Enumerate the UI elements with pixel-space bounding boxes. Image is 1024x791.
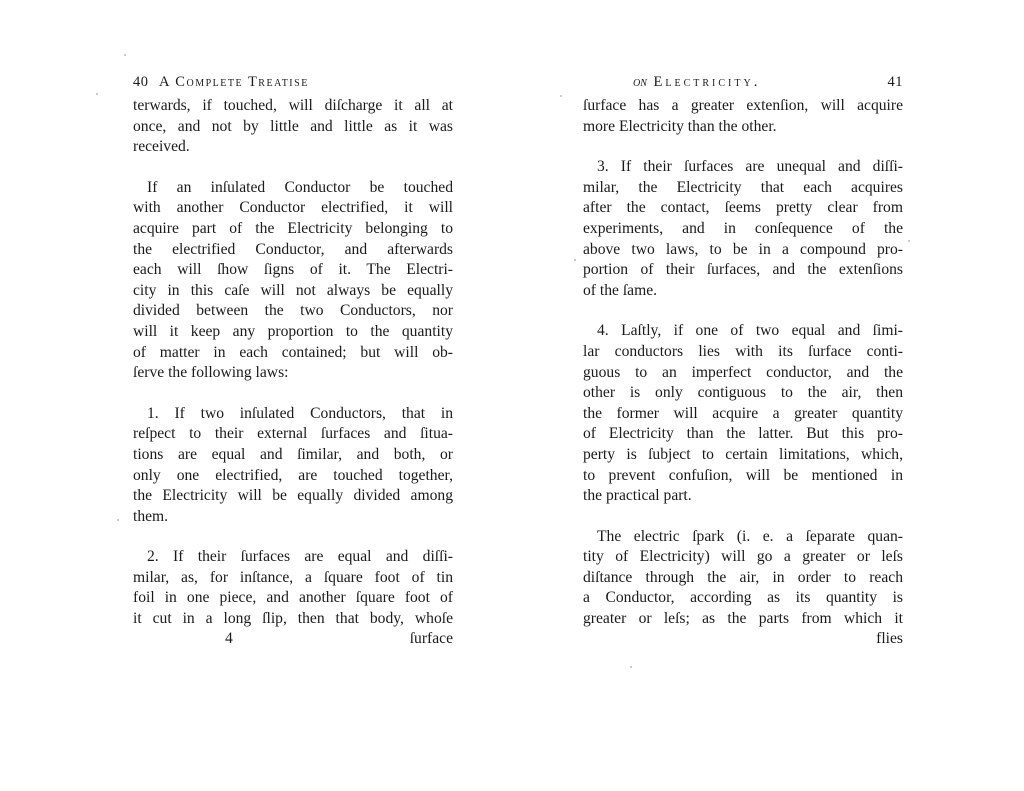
catchword: flies (876, 630, 903, 648)
scan-speck (124, 54, 126, 56)
text-line: portion of their ſurfaces, and the exten… (583, 260, 903, 281)
text-line: of matter in each contained; but will ob… (133, 343, 453, 364)
paragraph: 4. Laſtly, if one of two equal and ſimi-… (583, 321, 903, 506)
right-page: on Electricity. 41 ſurface has a greater… (583, 74, 903, 650)
paragraph: ſurface has a greater extenſion, will ac… (583, 96, 903, 137)
text-line: each will ſhow ſigns of it. The Electri- (133, 260, 453, 281)
text-line: ſurface has a greater extenſion, will ac… (583, 96, 903, 117)
paragraph: 2. If their ſurfaces are equal and diſſi… (133, 547, 453, 629)
text-line: only one electrified, are touched togeth… (133, 466, 453, 487)
text-line: 1. If two inſulated Conductors, that in (133, 404, 453, 425)
paragraph: If an inſulated Conductor be touchedwith… (133, 178, 453, 384)
left-page: 40 A Complete Treatise terwards, if touc… (133, 74, 453, 650)
text-line: of Electricity than the latter. But this… (583, 424, 903, 445)
text-line: the former will acquire a greater quanti… (583, 404, 903, 425)
running-head-prefix: on (633, 74, 647, 90)
text-line: The electric ſpark (i. e. a ſeparate qua… (583, 527, 903, 548)
text-line: reſpect to their external ſurfaces and ſ… (133, 424, 453, 445)
text-line: 4. Laſtly, if one of two equal and ſimi- (583, 321, 903, 342)
page-footer: flies (583, 630, 903, 651)
running-head-title: on Electricity. (633, 74, 760, 91)
text-line: once, and not by little and little as it… (133, 117, 453, 138)
text-line: received. (133, 137, 453, 158)
scan-speck (96, 93, 98, 95)
text-line: terwards, if touched, will diſcharge it … (133, 96, 453, 117)
text-line: will it keep any proportion to the quant… (133, 322, 453, 343)
text-line: lar conductors lies with its ſurface con… (583, 342, 903, 363)
text-line: ſerve the following laws: (133, 363, 453, 384)
page-number: 40 (133, 74, 149, 91)
text-line: 3. If their ſurfaces are unequal and diſ… (583, 157, 903, 178)
page-footer: 4 ſurface (133, 630, 453, 651)
text-line: the practical part. (583, 486, 903, 507)
page-body: terwards, if touched, will diſcharge it … (133, 96, 453, 630)
text-line: milar, the Electricity that each acquire… (583, 178, 903, 199)
signature-mark: 4 (225, 630, 233, 648)
scan-speck (117, 519, 119, 521)
text-line: the electrified Conductor, and afterward… (133, 240, 453, 261)
text-line: a Conductor, according as its quantity i… (583, 588, 903, 609)
scan-speck (574, 259, 576, 261)
paragraph: terwards, if touched, will diſcharge it … (133, 96, 453, 158)
page-number: 41 (888, 74, 904, 91)
running-head: on Electricity. 41 (583, 74, 903, 96)
scan-speck (560, 95, 562, 97)
text-line: of the ſame. (583, 281, 903, 302)
text-line: more Electricity than the other. (583, 117, 903, 138)
text-line: to prevent confuſion, will be mentioned … (583, 466, 903, 487)
text-line: tions are equal and ſimilar, and both, o… (133, 445, 453, 466)
text-line: tity of Electricity) will go a greater o… (583, 547, 903, 568)
scan-speck (908, 240, 910, 242)
text-line: it cut in a long ſlip, then that body, w… (133, 609, 453, 630)
text-line: diſtance through the air, in order to re… (583, 568, 903, 589)
paragraph: 3. If their ſurfaces are unequal and diſ… (583, 157, 903, 301)
text-line: after the contact, ſeems pretty clear fr… (583, 198, 903, 219)
text-line: foil in one piece, and another ſquare fo… (133, 588, 453, 609)
text-line: If an inſulated Conductor be touched (133, 178, 453, 199)
text-line: milar, as, for inſtance, a ſquare foot o… (133, 568, 453, 589)
text-line: divided between the two Conductors, nor (133, 301, 453, 322)
text-line: city in this caſe will not always be equ… (133, 281, 453, 302)
text-line: above two laws, to be in a compound pro- (583, 240, 903, 261)
text-line: perty is ſubject to certain limitations,… (583, 445, 903, 466)
text-line: with another Conductor electrified, it w… (133, 198, 453, 219)
text-line: 2. If their ſurfaces are equal and diſſi… (133, 547, 453, 568)
page-body: ſurface has a greater extenſion, will ac… (583, 96, 903, 630)
paragraph: 1. If two inſulated Conductors, that inr… (133, 404, 453, 528)
catchword: ſurface (410, 630, 453, 648)
text-line: guous to an imperfect conductor, and the (583, 363, 903, 384)
running-head-title: A Complete Treatise (159, 74, 309, 91)
text-line: acquire part of the Electricity belongin… (133, 219, 453, 240)
text-line: other is only contiguous to the air, the… (583, 383, 903, 404)
scan-speck (630, 666, 632, 668)
running-head: 40 A Complete Treatise (133, 74, 453, 96)
text-line: greater or leſs; as the parts from which… (583, 609, 903, 630)
text-line: experiments, and in conſequence of the (583, 219, 903, 240)
text-line: them. (133, 507, 453, 528)
paragraph: The electric ſpark (i. e. a ſeparate qua… (583, 527, 903, 630)
text-line: the Electricity will be equally divided … (133, 486, 453, 507)
